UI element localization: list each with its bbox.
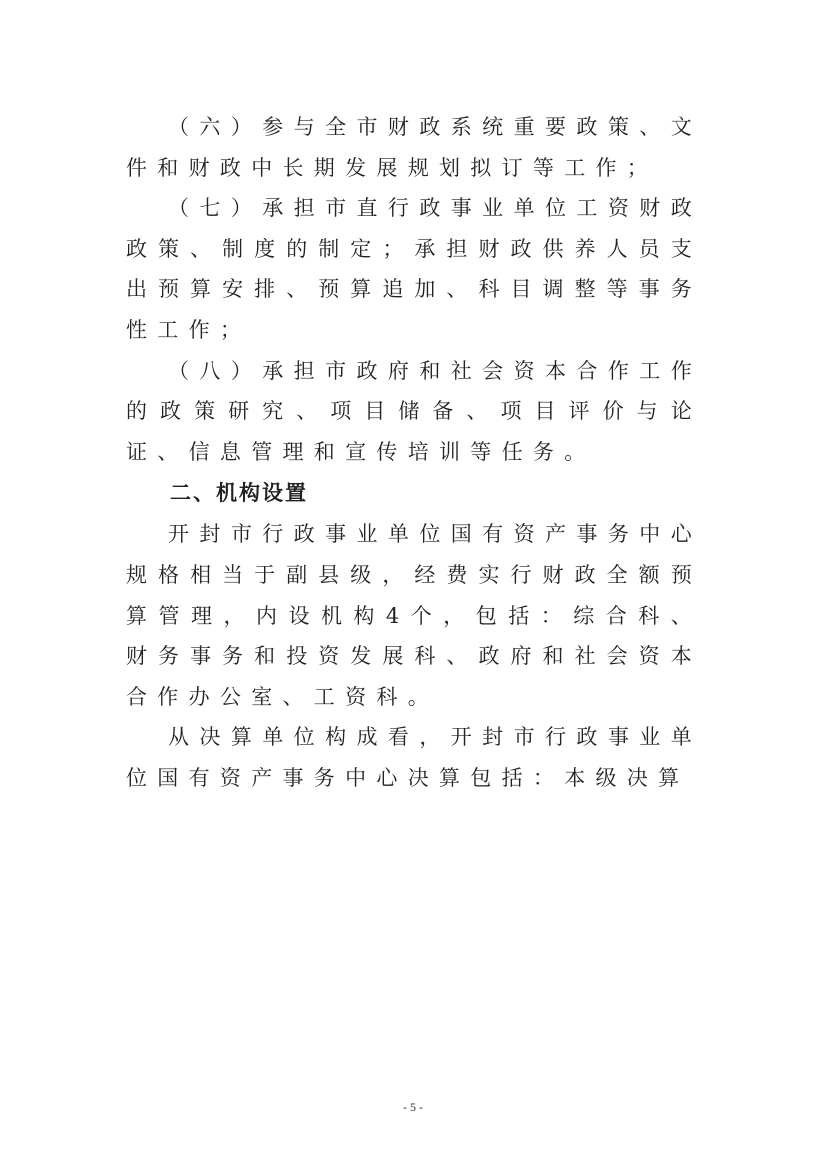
- document-page: （六）参与全市财政系统重要政策、文件和财政中长期发展规划拟订等工作； （七）承担…: [126, 107, 702, 799]
- paragraph-item-8: （八）承担市政府和社会资本合作工作的政策研究、项目储备、项目评价与论证、信息管理…: [126, 351, 702, 473]
- paragraph-org-setup: 开封市行政事业单位国有资产事务中心规格相当于副县级，经费实行财政全额预算管理，内…: [126, 514, 702, 717]
- paragraph-budget-units: 从决算单位构成看，开封市行政事业单位国有资产事务中心决算包括：本级决算: [126, 717, 702, 798]
- page-number: - 5 -: [0, 1100, 826, 1115]
- section-heading-org-setup: 二、机构设置: [126, 472, 702, 514]
- paragraph-item-6: （六）参与全市财政系统重要政策、文件和财政中长期发展规划拟订等工作；: [126, 107, 702, 188]
- paragraph-item-7: （七）承担市直行政事业单位工资财政政策、制度的制定；承担财政供养人员支出预算安排…: [126, 188, 702, 350]
